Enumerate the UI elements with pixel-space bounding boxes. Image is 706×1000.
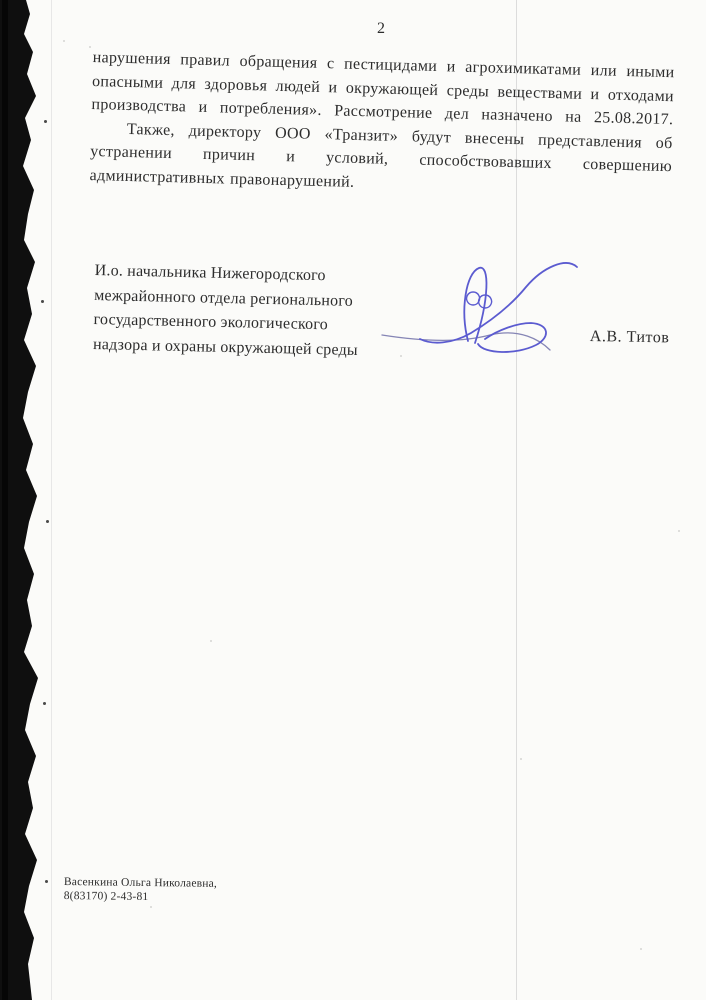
word: представления: [538, 128, 642, 154]
word: и: [590, 83, 599, 107]
word: и: [198, 96, 207, 120]
body-paragraph: нарушенияправилобращенияспестицидамииагр…: [89, 46, 674, 202]
word: устранении: [90, 140, 172, 166]
footer-contact: Васенкина Ольга Николаевна, 8(83170) 2-4…: [64, 876, 217, 905]
word: условий,: [326, 146, 389, 171]
word: будут: [412, 125, 452, 150]
word: нарушения: [92, 46, 171, 72]
word: среды: [446, 79, 489, 104]
word: или: [590, 59, 617, 83]
scan-noise-speck: [150, 906, 152, 908]
signature-title-block: И.о. начальника Нижегородского межрайонн…: [93, 259, 395, 364]
word: опасными: [92, 69, 164, 94]
word: потребления».: [220, 96, 322, 122]
word: директору: [188, 119, 261, 144]
scan-noise-speck: [41, 300, 44, 303]
word: дел: [445, 102, 470, 126]
signer-name: А.В. Титов: [590, 328, 670, 347]
scanned-document-page: 2 нарушенияправилобращенияспестицидамииа…: [0, 0, 706, 1000]
word: причин: [203, 143, 256, 168]
word: веществами: [497, 80, 582, 106]
scan-noise-speck: [89, 46, 91, 48]
word: пестицидами: [344, 53, 438, 79]
word: и: [446, 55, 455, 79]
word: об: [656, 131, 673, 155]
handwritten-signature: [370, 255, 590, 360]
scan-noise-speck: [43, 702, 46, 705]
scan-noise-speck: [520, 758, 522, 760]
word: Рассмотрение: [334, 99, 433, 125]
word: 25.08.2017.: [594, 106, 674, 132]
word: людей: [275, 74, 320, 99]
word: иными: [626, 60, 675, 85]
word: отходами: [608, 83, 675, 108]
scan-noise-speck: [46, 520, 49, 523]
word: для: [171, 72, 196, 96]
word: внесены: [465, 126, 525, 151]
word: назначено: [481, 103, 553, 128]
word: правил: [180, 48, 230, 73]
word: совершению: [583, 153, 673, 179]
word: здоровья: [204, 72, 267, 97]
paper-edge-line: [51, 0, 52, 1000]
footer-contact-phone: 8(83170) 2-43-81: [64, 889, 217, 904]
scan-noise-speck: [44, 120, 47, 123]
scan-noise-speck: [45, 880, 48, 883]
scan-noise-speck: [210, 640, 212, 642]
page-number: 2: [377, 20, 385, 38]
word: способствовавших: [419, 149, 552, 176]
scan-noise-speck: [678, 530, 680, 532]
word: Также,: [127, 117, 176, 142]
word: «Транзит»: [324, 123, 398, 148]
scan-noise-speck: [400, 355, 402, 357]
word: агрохимикатами: [465, 56, 581, 83]
word: окружающей: [346, 76, 439, 102]
word: и: [286, 145, 295, 169]
word: на: [565, 105, 582, 129]
word: и: [328, 76, 337, 100]
word: с: [327, 52, 335, 76]
signature-oval-stroke: [478, 323, 546, 352]
scan-noise-speck: [640, 948, 642, 950]
word: производства: [91, 93, 186, 119]
word: ООО: [275, 121, 311, 145]
signature-circle-stroke: [467, 292, 480, 305]
scan-noise-speck: [63, 40, 65, 42]
footer-contact-name: Васенкина Ольга Николаевна,: [64, 876, 217, 891]
word: обращения: [239, 50, 317, 76]
